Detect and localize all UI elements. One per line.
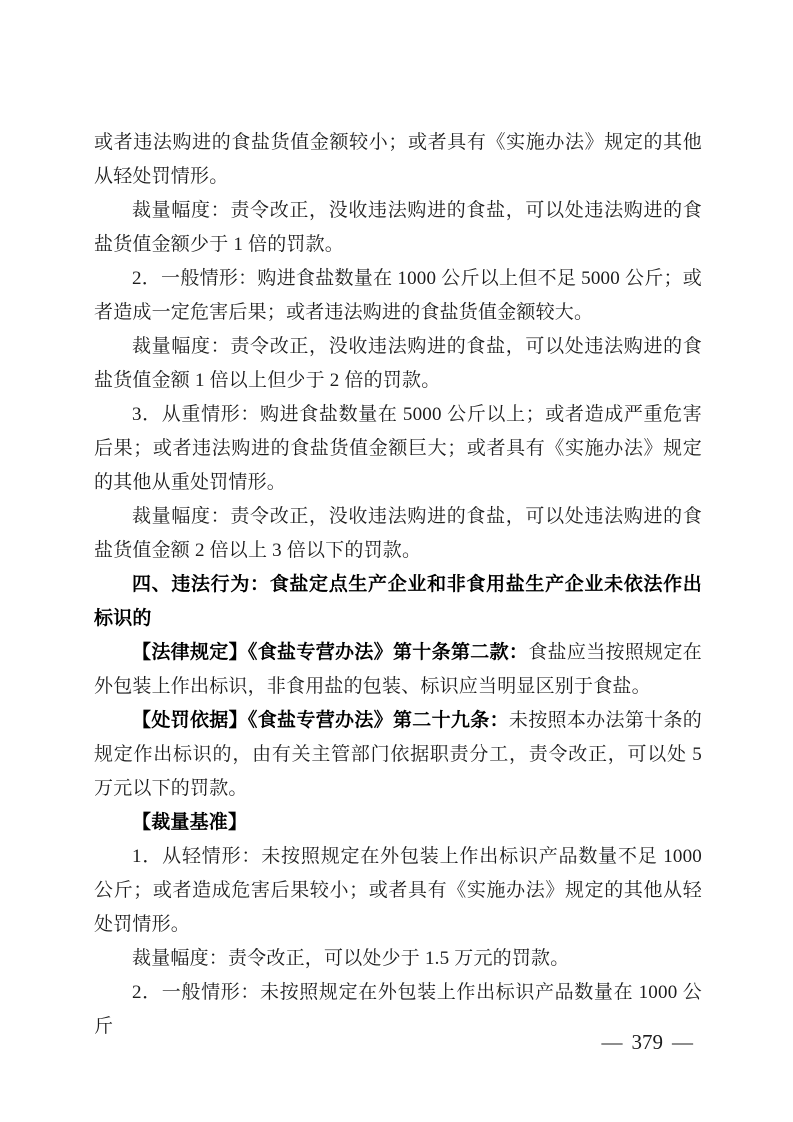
paragraph-penalty-basis: 【处罚依据】《食盐专营办法》第二十九条：未按照本办法第十条的规定作出标识的，由有… xyxy=(94,704,702,806)
paragraph-aggravated-circumstance: 3．从重情形：购进食盐数量在 5000 公斤以上；或者造成严重危害后果；或者违法… xyxy=(94,398,702,500)
paragraph-legal-provision: 【法律规定】《食盐专营办法》第十条第二款：食盐应当按照规定在外包装上作出标识，非… xyxy=(94,636,702,704)
page-number-footer: —379— xyxy=(94,1030,702,1055)
page-number: 379 xyxy=(632,1030,664,1054)
page-number-right-dash: — xyxy=(663,1030,702,1054)
paragraph-discretion-range: 裁量幅度：责令改正，没收违法购进的食盐，可以处违法购进的食盐货值金额少于 1 倍… xyxy=(94,194,702,262)
discretion-benchmark-heading: 【裁量基准】 xyxy=(94,806,702,840)
page-number-left-dash: — xyxy=(593,1030,632,1054)
document-page: 或者违法购进的食盐货值金额较小；或者具有《实施办法》规定的其他从轻处罚情形。 裁… xyxy=(0,0,793,1122)
section-heading: 四、违法行为：食盐定点生产企业和非食用盐生产企业未依法作出标识的 xyxy=(94,568,702,636)
page-body-text: 或者违法购进的食盐货值金额较小；或者具有《实施办法》规定的其他从轻处罚情形。 裁… xyxy=(94,126,702,1044)
legal-provision-label: 【法律规定】《食盐专营办法》第十条第二款： xyxy=(132,642,528,663)
paragraph-continuation: 或者违法购进的食盐货值金额较小；或者具有《实施办法》规定的其他从轻处罚情形。 xyxy=(94,126,702,194)
penalty-basis-label: 【处罚依据】《食盐专营办法》第二十九条： xyxy=(132,710,509,731)
paragraph-discretion-range: 裁量幅度：责令改正，可以处少于 1.5 万元的罚款。 xyxy=(94,942,702,976)
paragraph-discretion-range: 裁量幅度：责令改正，没收违法购进的食盐，可以处违法购进的食盐货值金额 2 倍以上… xyxy=(94,500,702,568)
paragraph-light-circumstance: 1．从轻情形：未按照规定在外包装上作出标识产品数量不足 1000 公斤；或者造成… xyxy=(94,840,702,942)
paragraph-general-circumstance: 2．一般情形：购进食盐数量在 1000 公斤以上但不足 5000 公斤；或者造成… xyxy=(94,262,702,330)
paragraph-discretion-range: 裁量幅度：责令改正，没收违法购进的食盐，可以处违法购进的食盐货值金额 1 倍以上… xyxy=(94,330,702,398)
